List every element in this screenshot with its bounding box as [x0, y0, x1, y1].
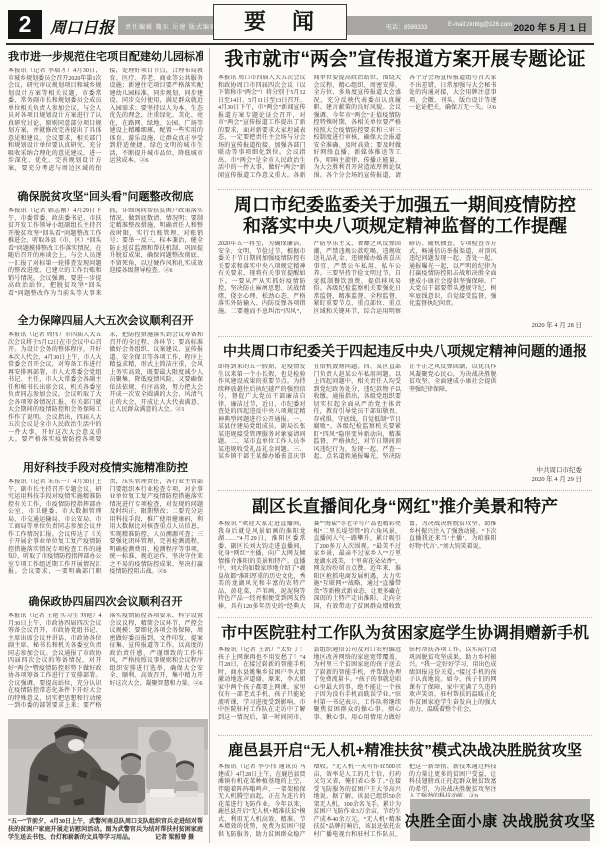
- article-body: 本报讯（记者 周伟）市四届人大五次会议将于5月12日在市会议中心召开。为设计会务…: [8, 332, 203, 447]
- article-body: 2020年五一将至，为确保廉洁、安全、文明、节俭过节，根据市委关于节日期间加强疫…: [218, 241, 592, 321]
- article-tech-epidemic-control: 用好科技手段对疫情实施精准防控 本报讯（记者 朱东一）4月30日上午，副市长主持…: [8, 459, 203, 581]
- article-body: 即将到来的五一假期，是疫情发生以来第一个小长假，也是检验作风建设成果的重要节点。…: [218, 364, 592, 466]
- article-phone-donation: 市中医院驻村工作队为贫困家庭学生协调捐赠新手机 本报讯（记者 王凯）“太好了！孩…: [218, 617, 592, 729]
- left-column: 我市进一步规范住宅项目配建幼儿园标准 本报讯（记者 李瑞才）4月30日，市城乡规…: [8, 48, 210, 843]
- article-title[interactable]: 我市就市“两会”宣传报道方案开展专题论证: [218, 48, 592, 72]
- article-npc-session: 全力保障四届人大五次会议顺利召开 本报讯（记者 周伟）市四届人大五次会议将于5月…: [8, 312, 203, 447]
- article-body: 本报讯 “欢迎大家走进直播间，我身后就是风景如画的淮阳龙湖……”4月29日，淮阳…: [218, 521, 592, 611]
- page-number: 2: [8, 10, 42, 39]
- article-violations-notice: 中共周口市纪委关于四起违反中央八项规定精神问题的通报 即将到来的五一假期，是疫情…: [218, 336, 592, 484]
- section-title: 要 闻: [244, 9, 316, 34]
- article-body: 本报讯（记者 李瑞才）4月30日，市城乡规划委员会召开2020年第1次会议，研究…: [8, 68, 203, 176]
- masthead-title: 周口日报: [50, 15, 116, 38]
- article-cppcc-session: 确保政协四届四次会议顺利召开 本报讯（记者 王艳 实习生 刘艳）4月30日上午，…: [8, 593, 203, 711]
- article-title-line2[interactable]: 和落实中央八项规定精神监督的工作提醒: [218, 216, 592, 237]
- phone-number: 电话：8599333: [386, 22, 427, 31]
- article-title[interactable]: 我市进一步规范住宅项目配建幼儿园标准: [8, 48, 203, 64]
- article-signature: 中共周口市纪委: [218, 466, 592, 475]
- article-title[interactable]: 确保脱贫攻坚“回头看”问题整改彻底: [8, 188, 203, 204]
- section-title-box: 要 闻: [213, 4, 347, 40]
- article-title[interactable]: 副区长直播间化身“网红”推介美景和特产: [218, 496, 592, 518]
- article-title[interactable]: 用好科技手段对疫情实施精准防控: [8, 459, 203, 475]
- main-column: 我市就市“两会”宣传报道方案开展专题论证 本报讯 周口市四届人大五次会议和政协周…: [210, 48, 592, 843]
- article-discipline-reminder: 周口市纪委监委关于加强五一期间疫情防控 和落实中央八项规定精神监督的工作提醒 2…: [218, 189, 592, 330]
- article-date: 2020 年 4 月 29 日: [218, 475, 592, 484]
- article-title[interactable]: 全力保障四届人大五次会议顺利召开: [8, 312, 203, 328]
- article-livestream-promotion: 副区长直播间化身“网红”推介美景和特产 本报讯 “欢迎大家走进直播间，我身后就是…: [218, 490, 592, 611]
- issue-date: 2020 年 5 月 1 日: [514, 20, 587, 34]
- article-title[interactable]: 确保政协四届四次会议顺利召开: [8, 593, 203, 609]
- article-kindergarten-standard: 我市进一步规范住宅项目配建幼儿园标准 本报讯（记者 李瑞才）4月30日，市城乡规…: [8, 48, 203, 176]
- article-body: 本报讯（记者 朱东一）4月30日上午，副市长主持召开专题会议，研究运用科技手段对…: [8, 479, 203, 581]
- article-title-line1[interactable]: 周口市纪委监委关于加强五一期间疫情防控: [218, 195, 592, 216]
- article-title[interactable]: 市中医院驻村工作队为贫困家庭学生协调捐赠新手机: [218, 623, 592, 644]
- photo-caption: “五一”节前夕，4月30日上午，武警河南总队周口支队组织官兵走进结对帮扶的贫困户…: [8, 818, 203, 842]
- article-date: 2020 年 4 月 28 日: [218, 321, 592, 330]
- article-drone-poverty-alleviation: 鹿邑县开启“无人机+精准扶贫”模式决战决胜脱贫攻坚 本报讯（记者 李小伟 通讯员…: [218, 735, 592, 844]
- article-title[interactable]: 中共周口市纪委关于四起违反中央八项规定精神问题的通报: [218, 342, 592, 361]
- article-body: 本报讯（记者 王艳 实习生 刘艳）4月30日上午，市政协四届四次会议筹备会议召开…: [8, 613, 203, 711]
- news-photo: [8, 719, 208, 815]
- article-two-sessions-plan: 我市就市“两会”宣传报道方案开展专题论证 本报讯 周口市四届人大五次会议和政协周…: [218, 48, 592, 183]
- content-area: 我市进一步规范住宅项目配建幼儿园标准 本报讯（记者 李瑞才）4月30日，市城乡规…: [8, 48, 592, 843]
- page-header: 2 周口日报 责任编辑 魏东 岳建 版式编辑 司和平 电话：8599333 E-…: [8, 9, 592, 41]
- email-address: E-mail:zkrbtg@126.com: [448, 22, 512, 28]
- slogan-banner: 决胜全面小康 决战脱贫攻坚: [408, 797, 592, 843]
- newspaper-page: 2 周口日报 责任编辑 魏东 岳建 版式编辑 司和平 电话：8599333 E-…: [0, 0, 600, 847]
- article-title[interactable]: 鹿邑县开启“无人机+精准扶贫”模式决战决胜脱贫攻坚: [218, 741, 592, 761]
- article-poverty-lookback: 确保脱贫攻坚“回头看”问题整改彻底 本报讯（记者 韩志刚）4月29日下午，市委常…: [8, 188, 203, 300]
- slogan-text: 决胜全面小康 决战脱贫攻坚: [405, 810, 596, 831]
- article-body: 本报讯（记者 韩志刚）4月29日下午，市委常委、政法委书记、市扶贫开发工作领导小…: [8, 208, 203, 300]
- header-bar: 责任编辑 魏东 岳建 版式编辑 司和平 电话：8599333 E-mail:zk…: [118, 16, 592, 35]
- header-rule: [6, 43, 594, 45]
- article-body: 本报讯（记者 王凯）“太好了！孩子上网课再也不用发愁了！”4月28日，在接过崭新…: [218, 647, 592, 729]
- article-body: 本报讯 周口市四届人大五次会议和政协周口市四届四次会议（以下简称市“两会”）将分…: [218, 75, 592, 183]
